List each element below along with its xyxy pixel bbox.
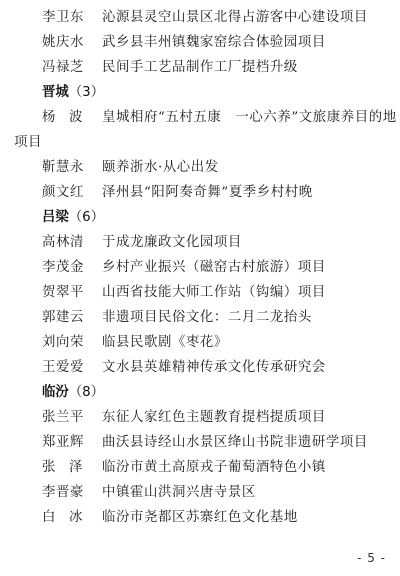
- project-title-continuation: 项目: [14, 135, 42, 151]
- entry-row: 冯禄芝民间手工艺品制作工厂提档升级: [42, 60, 298, 76]
- entry-row: 靳慧永颐养浙水·从心出发: [42, 160, 219, 176]
- project-title: 沁源县灵空山景区北得占游客中心建设项目: [102, 10, 368, 25]
- project-title: 临汾市黄土高原戎子葡萄酒特色小镇: [102, 460, 326, 475]
- person-name: 靳慧永: [42, 160, 94, 176]
- person-name: 张兰平: [42, 410, 94, 426]
- entry-row: 白冰临汾市尧都区苏寨红色文化基地: [42, 510, 298, 526]
- person-name: 李茂金: [42, 260, 94, 276]
- page-number: - 5 -: [357, 551, 386, 565]
- project-title: 民间手工艺品制作工厂提档升级: [102, 60, 298, 75]
- entry-row: 张泽临汾市黄土高原戎子葡萄酒特色小镇: [42, 460, 326, 476]
- region-count: （3）: [69, 85, 104, 100]
- project-title: 中镇霍山洪洞兴唐寺景区: [102, 485, 256, 500]
- person-name: 李卫东: [42, 10, 94, 26]
- person-name: 王爱爱: [42, 360, 94, 376]
- project-title: 颐养浙水·从心出发: [102, 160, 219, 175]
- person-name: 张泽: [42, 460, 94, 476]
- entry-row: 颜文红泽州县“阳阿奏奇舞”夏季乡村村晚: [42, 185, 313, 201]
- person-name: 刘向荣: [42, 335, 94, 351]
- entry-row: 李卫东沁源县灵空山景区北得占游客中心建设项目: [42, 10, 368, 26]
- person-name: 颜文红: [42, 185, 94, 201]
- region-heading: 临汾（8）: [42, 385, 104, 401]
- document-page: 李卫东沁源县灵空山景区北得占游客中心建设项目 姚庆水武乡县丰州镇魏家窑综合体验园…: [0, 0, 400, 576]
- entry-row: 杨波皇城相府“五村五康 一心六养”文旅康养目的地: [42, 110, 397, 126]
- project-title: 于成龙廉政文化园项目: [102, 235, 242, 250]
- region-name: 临汾: [42, 385, 69, 400]
- entry-row: 高林清于成龙廉政文化园项目: [42, 235, 242, 251]
- entry-row: 李晋豪中镇霍山洪洞兴唐寺景区: [42, 485, 256, 501]
- person-name: 姚庆水: [42, 35, 94, 51]
- person-name: 郑亚辉: [42, 435, 94, 451]
- project-title: 东征人家红色主题教育提档提质项目: [102, 410, 326, 425]
- person-name: 贺翠平: [42, 285, 94, 301]
- project-title: 泽州县“阳阿奏奇舞”夏季乡村村晚: [102, 185, 313, 200]
- entry-row: 李茂金乡村产业振兴（磁窑古村旅游）项目: [42, 260, 326, 276]
- region-name: 晋城: [42, 85, 69, 100]
- project-title: 山西省技能大师工作站（钩编）项目: [102, 285, 326, 300]
- person-name: 李晋豪: [42, 485, 94, 501]
- region-heading: 吕梁（6）: [42, 210, 104, 226]
- person-name: 高林清: [42, 235, 94, 251]
- entry-row: 贺翠平山西省技能大师工作站（钩编）项目: [42, 285, 326, 301]
- entry-row: 张兰平东征人家红色主题教育提档提质项目: [42, 410, 326, 426]
- project-title: 文水县英雄精神传承文化传承研究会: [102, 360, 326, 375]
- project-title: 非遗项目民俗文化：二月二龙抬头: [102, 310, 312, 325]
- project-title: 武乡县丰州镇魏家窑综合体验园项目: [102, 35, 326, 50]
- entry-row: 郭建云非遗项目民俗文化：二月二龙抬头: [42, 310, 312, 326]
- person-name: 冯禄芝: [42, 60, 94, 76]
- project-title: 皇城相府“五村五康 一心六养”文旅康养目的地: [102, 110, 397, 125]
- entry-row: 王爱爱文水县英雄精神传承文化传承研究会: [42, 360, 326, 376]
- person-name: 白冰: [42, 510, 94, 526]
- entry-row: 刘向荣临县民歌剧《枣花》: [42, 335, 228, 351]
- project-title: 乡村产业振兴（磁窑古村旅游）项目: [102, 260, 326, 275]
- person-name: 郭建云: [42, 310, 94, 326]
- region-heading: 晋城（3）: [42, 85, 104, 101]
- region-count: （6）: [69, 210, 104, 225]
- project-title: 临县民歌剧《枣花》: [102, 335, 228, 350]
- entry-row: 郑亚辉曲沃县诗经山水景区绛山书院非遗研学项目: [42, 435, 368, 451]
- person-name: 杨波: [42, 110, 94, 126]
- entry-row: 姚庆水武乡县丰州镇魏家窑综合体验园项目: [42, 35, 326, 51]
- project-title: 临汾市尧都区苏寨红色文化基地: [102, 510, 298, 525]
- region-count: （8）: [69, 385, 104, 400]
- region-name: 吕梁: [42, 210, 69, 225]
- project-title: 曲沃县诗经山水景区绛山书院非遗研学项目: [102, 435, 368, 450]
